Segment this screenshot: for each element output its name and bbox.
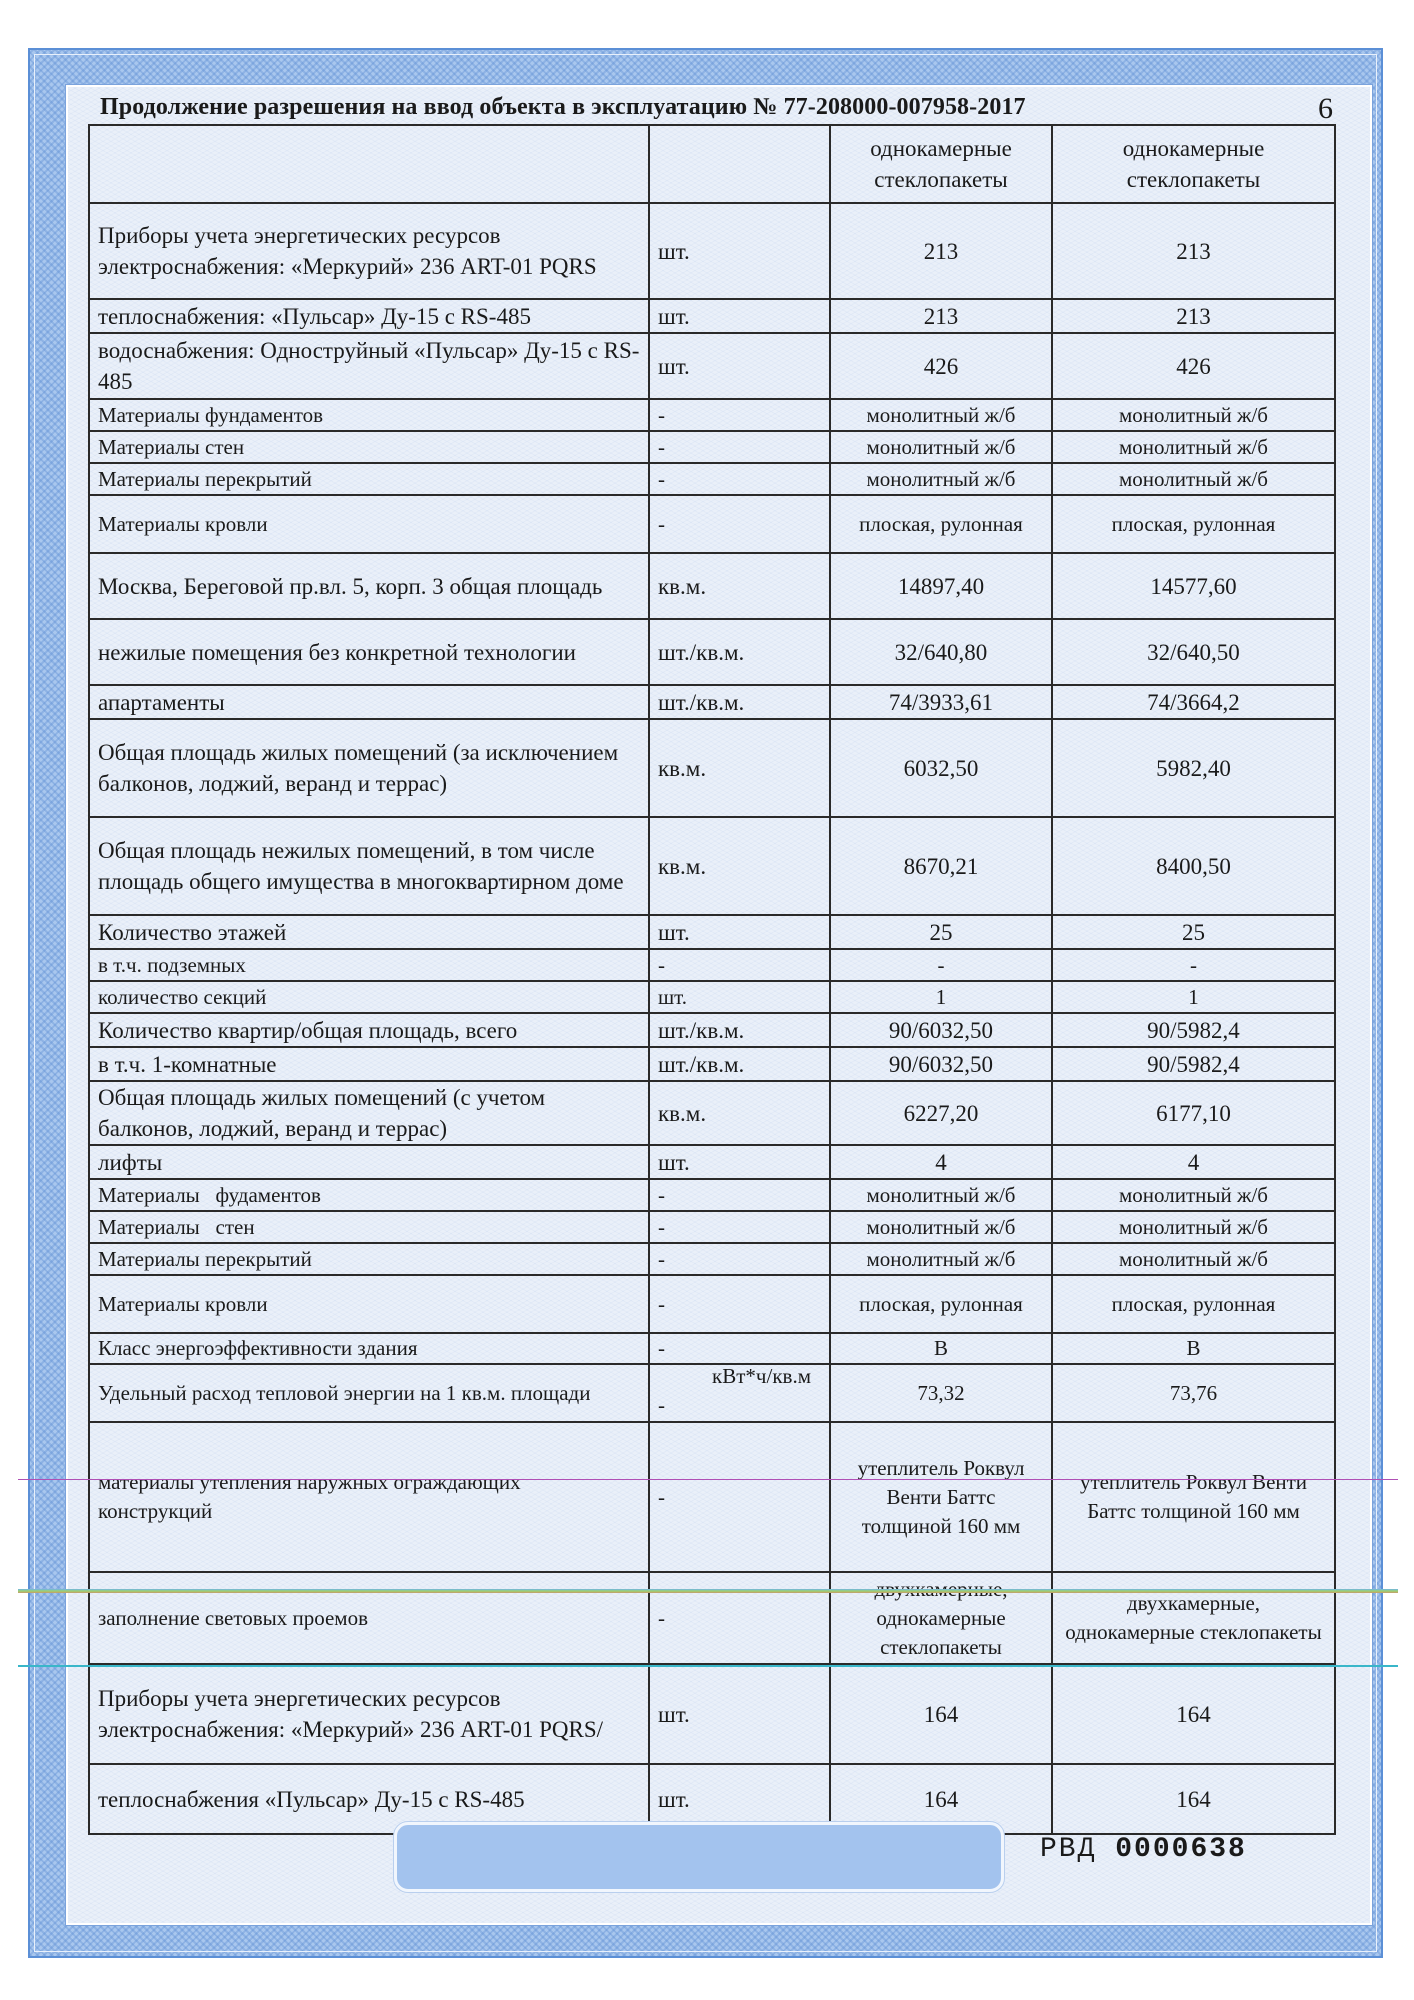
actual-value-cell: 164 xyxy=(1052,1764,1335,1834)
param-cell: Количество квартир/общая площадь, всего xyxy=(89,1013,649,1047)
project-value-cell: 90/6032,50 xyxy=(830,1047,1052,1081)
actual-value-cell: монолитный ж/б xyxy=(1052,1243,1335,1275)
unit-cell: шт. xyxy=(649,299,830,333)
param-cell: Материалы стен xyxy=(89,1211,649,1243)
unit-cell: кВт*ч/кв.м - xyxy=(649,1364,830,1422)
actual-value-cell: 32/640,50 xyxy=(1052,619,1335,685)
param-cell: Общая площадь жилых помещений (с учетом … xyxy=(89,1081,649,1145)
project-value-cell: монолитный ж/б xyxy=(830,1179,1052,1211)
scan-artifact-line xyxy=(18,1589,1398,1593)
actual-value-cell: монолитный ж/б xyxy=(1052,1211,1335,1243)
project-value-cell: 6032,50 xyxy=(830,719,1052,817)
scan-artifact-line xyxy=(18,1479,1398,1480)
unit-cell: шт./кв.м. xyxy=(649,685,830,719)
actual-value-cell: утеплитель Роквул Венти Баттс толщиной 1… xyxy=(1052,1422,1335,1572)
table-row: заполнение световых проемов - двухкамерн… xyxy=(89,1572,1335,1664)
project-value-cell: 8670,21 xyxy=(830,817,1052,915)
unit-cell: - xyxy=(649,949,830,981)
actual-value-cell: 74/3664,2 xyxy=(1052,685,1335,719)
registration-code: РВД 0000638 xyxy=(1040,1834,1247,1865)
param-cell: Приборы учета энергетических ресурсов эл… xyxy=(89,203,649,299)
param-cell: материалы утепления наружных ограждающих… xyxy=(89,1422,649,1572)
unit-cell: кв.м. xyxy=(649,553,830,619)
unit-cell: - xyxy=(649,1572,830,1664)
actual-value-cell: монолитный ж/б xyxy=(1052,431,1335,463)
actual-value-cell: 90/5982,4 xyxy=(1052,1013,1335,1047)
project-value-cell: 73,32 xyxy=(830,1364,1052,1422)
param-cell: Приборы учета энергетических ресурсов эл… xyxy=(89,1664,649,1764)
actual-value-cell: 213 xyxy=(1052,299,1335,333)
actual-value-cell: 25 xyxy=(1052,915,1335,949)
actual-value-cell: 73,76 xyxy=(1052,1364,1335,1422)
param-cell: Материалы перекрытий xyxy=(89,463,649,495)
table-row: Материалы перекрытий - монолитный ж/б мо… xyxy=(89,463,1335,495)
unit-cell: шт. xyxy=(649,1145,830,1179)
unit-cell xyxy=(649,125,830,203)
param-cell: Материалы фундаментов xyxy=(89,399,649,431)
param-cell: нежилые помещения без конкретной техноло… xyxy=(89,619,649,685)
project-value-cell: 213 xyxy=(830,299,1052,333)
table-row: Москва, Береговой пр.вл. 5, корп. 3 обща… xyxy=(89,553,1335,619)
table-row: Количество квартир/общая площадь, всего … xyxy=(89,1013,1335,1047)
param-cell: Общая площадь нежилых помещений, в том ч… xyxy=(89,817,649,915)
param-cell: Материалы кровли xyxy=(89,1275,649,1333)
param-cell: в т.ч. 1-комнатные xyxy=(89,1047,649,1081)
permit-details-table: однокамерные стеклопакеты однокамерные с… xyxy=(88,124,1336,1835)
registration-number: 0000638 xyxy=(1115,1834,1247,1865)
table-row: Количество этажей шт. 25 25 xyxy=(89,915,1335,949)
param-cell xyxy=(89,125,649,203)
unit-dash: - xyxy=(658,1393,665,1417)
table-row: материалы утепления наружных ограждающих… xyxy=(89,1422,1335,1572)
actual-value-cell: плоская, рулонная xyxy=(1052,1275,1335,1333)
table-row: Класс энергоэффективности здания - В В xyxy=(89,1333,1335,1364)
project-value-cell: 74/3933,61 xyxy=(830,685,1052,719)
param-cell: водоснабжения: Одноструйный «Пульсар» Ду… xyxy=(89,333,649,399)
unit-cell: шт. xyxy=(649,981,830,1013)
unit-cell: - xyxy=(649,1179,830,1211)
table-row: Материалы перекрытий - монолитный ж/б мо… xyxy=(89,1243,1335,1275)
table-row: Материалы стен - монолитный ж/б монолитн… xyxy=(89,1211,1335,1243)
table-row: Приборы учета энергетических ресурсов эл… xyxy=(89,1664,1335,1764)
unit-cell: - xyxy=(649,1422,830,1572)
param-cell: Материалы кровли xyxy=(89,495,649,553)
table-row: апартаменты шт./кв.м. 74/3933,61 74/3664… xyxy=(89,685,1335,719)
project-value-cell: В xyxy=(830,1333,1052,1364)
actual-value-cell: 1 xyxy=(1052,981,1335,1013)
table-row: лифты шт. 4 4 xyxy=(89,1145,1335,1179)
table-row: Удельный расход тепловой энергии на 1 кв… xyxy=(89,1364,1335,1422)
table-row: водоснабжения: Одноструйный «Пульсар» Ду… xyxy=(89,333,1335,399)
project-value-cell: 1 xyxy=(830,981,1052,1013)
unit-cell: шт. xyxy=(649,915,830,949)
registration-prefix: РВД xyxy=(1040,1834,1096,1865)
project-value-cell: плоская, рулонная xyxy=(830,1275,1052,1333)
actual-value-cell: 8400,50 xyxy=(1052,817,1335,915)
actual-value-cell: монолитный ж/б xyxy=(1052,463,1335,495)
table-row: Материалы фундаментов - монолитный ж/б м… xyxy=(89,399,1335,431)
actual-value-cell: двухкамерные, однокамерные стеклопакеты xyxy=(1052,1572,1335,1664)
project-value-cell: 25 xyxy=(830,915,1052,949)
param-cell: заполнение световых проемов xyxy=(89,1572,649,1664)
unit-cell: кв.м. xyxy=(649,1081,830,1145)
actual-value-cell: 6177,10 xyxy=(1052,1081,1335,1145)
param-cell: теплоснабжения: «Пульсар» Ду-15 с RS-485 xyxy=(89,299,649,333)
project-value-cell: монолитный ж/б xyxy=(830,1243,1052,1275)
actual-value-cell: 164 xyxy=(1052,1664,1335,1764)
project-value-cell: 14897,40 xyxy=(830,553,1052,619)
actual-value-cell: 426 xyxy=(1052,333,1335,399)
project-value-cell: монолитный ж/б xyxy=(830,431,1052,463)
unit-cell: - xyxy=(649,431,830,463)
unit-cell: шт./кв.м. xyxy=(649,1013,830,1047)
project-value-cell: утеплитель Роквул Венти Баттс толщиной 1… xyxy=(830,1422,1052,1572)
table-row: в т.ч. 1-комнатные шт./кв.м. 90/6032,50 … xyxy=(89,1047,1335,1081)
table-row: Общая площадь жилых помещений (за исключ… xyxy=(89,719,1335,817)
unit-cell: кв.м. xyxy=(649,817,830,915)
actual-value-cell: В xyxy=(1052,1333,1335,1364)
project-value-cell: 164 xyxy=(830,1664,1052,1764)
project-value-cell: монолитный ж/б xyxy=(830,1211,1052,1243)
table-row: однокамерные стеклопакеты однокамерные с… xyxy=(89,125,1335,203)
document-title: Продолжение разрешения на ввод объекта в… xyxy=(100,94,1026,121)
unit-cell: - xyxy=(649,399,830,431)
table-row: Материалы кровли - плоская, рулонная пло… xyxy=(89,1275,1335,1333)
param-cell: Москва, Береговой пр.вл. 5, корп. 3 обща… xyxy=(89,553,649,619)
table-row: теплоснабжения: «Пульсар» Ду-15 с RS-485… xyxy=(89,299,1335,333)
param-cell: апартаменты xyxy=(89,685,649,719)
unit-cell: шт. xyxy=(649,333,830,399)
actual-value-cell: 14577,60 xyxy=(1052,553,1335,619)
unit-cell: шт. xyxy=(649,203,830,299)
actual-value-cell: 5982,40 xyxy=(1052,719,1335,817)
project-value-cell: 426 xyxy=(830,333,1052,399)
project-value-cell: - xyxy=(830,949,1052,981)
actual-value-cell: монолитный ж/б xyxy=(1052,1179,1335,1211)
actual-value-cell: однокамерные стеклопакеты xyxy=(1052,125,1335,203)
table-row: Материалы кровли - плоская, рулонная пло… xyxy=(89,495,1335,553)
stamp-placeholder-box xyxy=(394,1822,1004,1892)
actual-value-cell: 4 xyxy=(1052,1145,1335,1179)
table-row: нежилые помещения без конкретной техноло… xyxy=(89,619,1335,685)
table-row: Общая площадь жилых помещений (с учетом … xyxy=(89,1081,1335,1145)
unit-cell: шт. xyxy=(649,1664,830,1764)
unit-cell: - xyxy=(649,495,830,553)
table-row: в т.ч. подземных - - - xyxy=(89,949,1335,981)
project-value-cell: 32/640,80 xyxy=(830,619,1052,685)
actual-value-cell: 213 xyxy=(1052,203,1335,299)
table-row: Приборы учета энергетических ресурсов эл… xyxy=(89,203,1335,299)
project-value-cell: плоская, рулонная xyxy=(830,495,1052,553)
param-cell: в т.ч. подземных xyxy=(89,949,649,981)
project-value-cell: двухкамерные, однокамерные стеклопакеты xyxy=(830,1572,1052,1664)
project-value-cell: монолитный ж/б xyxy=(830,463,1052,495)
unit-cell: шт./кв.м. xyxy=(649,1047,830,1081)
unit-cell: - xyxy=(649,1243,830,1275)
actual-value-cell: монолитный ж/б xyxy=(1052,399,1335,431)
actual-value-cell: - xyxy=(1052,949,1335,981)
table-row: Материалы фудаментов - монолитный ж/б мо… xyxy=(89,1179,1335,1211)
page-number: 6 xyxy=(1318,92,1333,126)
actual-value-cell: плоская, рулонная xyxy=(1052,495,1335,553)
table-row: Материалы стен - монолитный ж/б монолитн… xyxy=(89,431,1335,463)
param-cell: Материалы стен xyxy=(89,431,649,463)
scan-artifact-line xyxy=(18,1665,1398,1667)
project-value-cell: 213 xyxy=(830,203,1052,299)
unit-cell: кв.м. xyxy=(649,719,830,817)
param-cell: Общая площадь жилых помещений (за исключ… xyxy=(89,719,649,817)
param-cell: Материалы перекрытий xyxy=(89,1243,649,1275)
project-value-cell: 90/6032,50 xyxy=(830,1013,1052,1047)
param-cell: Количество этажей xyxy=(89,915,649,949)
unit-cell: - xyxy=(649,1211,830,1243)
project-value-cell: 4 xyxy=(830,1145,1052,1179)
unit-cell: - xyxy=(649,1333,830,1364)
project-value-cell: монолитный ж/б xyxy=(830,399,1052,431)
project-value-cell: 6227,20 xyxy=(830,1081,1052,1145)
param-cell: Материалы фудаментов xyxy=(89,1179,649,1211)
param-cell: лифты xyxy=(89,1145,649,1179)
project-value-cell: однокамерные стеклопакеты xyxy=(830,125,1052,203)
unit-cell: шт./кв.м. xyxy=(649,619,830,685)
unit-cell: - xyxy=(649,1275,830,1333)
param-cell: количество секций xyxy=(89,981,649,1013)
actual-value-cell: 90/5982,4 xyxy=(1052,1047,1335,1081)
param-cell: Удельный расход тепловой энергии на 1 кв… xyxy=(89,1364,649,1422)
table-row: количество секций шт. 1 1 xyxy=(89,981,1335,1013)
param-cell: Класс энергоэффективности здания xyxy=(89,1333,649,1364)
unit-cell: - xyxy=(649,463,830,495)
unit-note: кВт*ч/кв.м xyxy=(658,1362,821,1391)
table-row: Общая площадь нежилых помещений, в том ч… xyxy=(89,817,1335,915)
